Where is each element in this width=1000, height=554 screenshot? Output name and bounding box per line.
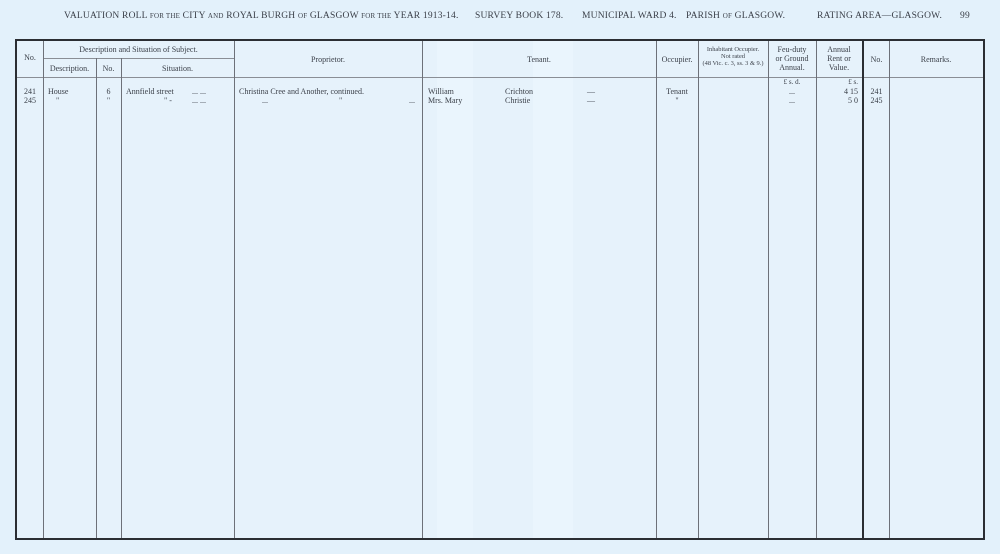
row-proprietor-ditto: " xyxy=(339,96,342,105)
header-description-group: Description and Situation of Subject. xyxy=(43,45,234,54)
row-proprietor-dots-left: ... xyxy=(262,96,268,105)
row-proprietor: Christina Cree and Another, continued. xyxy=(239,87,364,96)
header-no: No. xyxy=(17,53,43,62)
col-divider-feu xyxy=(816,41,817,538)
row-situation: Annfield street xyxy=(126,87,174,96)
row-situation: " - xyxy=(164,96,172,105)
row-number: 6 xyxy=(96,87,121,96)
row-tenant-last: Crichton xyxy=(505,87,533,96)
page-header: VALUATION ROLL FOR THE CITY AND ROYAL BU… xyxy=(0,9,1000,25)
row-no: 245 xyxy=(17,96,43,105)
col-divider-tenant xyxy=(656,41,657,538)
row-number: " xyxy=(96,96,121,105)
feu-units: £ s. d. xyxy=(768,78,816,87)
header-group-divider xyxy=(44,58,235,59)
header-annual-rent: Annual Rent or Value. xyxy=(816,45,862,72)
municipal-ward: MUNICIPAL WARD 4. xyxy=(582,11,677,21)
header-number: No. xyxy=(96,64,121,73)
header-remarks: Remarks. xyxy=(889,55,983,64)
parish: PARISH OF GLASGOW. xyxy=(686,11,785,21)
col-divider-no-right xyxy=(889,41,890,538)
annual-units: £ s. xyxy=(816,78,858,87)
row-annual: 4 15 xyxy=(816,87,858,96)
col-divider-annual xyxy=(862,41,864,538)
col-divider-proprietor xyxy=(422,41,423,538)
row-feu: ... xyxy=(768,96,816,105)
row-occupier: Tenant xyxy=(656,87,698,96)
col-divider-no xyxy=(43,41,44,538)
row-situation-dots: ... ... xyxy=(192,96,206,105)
row-tenant-first: William xyxy=(428,87,454,96)
paper-stripe xyxy=(437,41,473,538)
survey-book: SURVEY BOOK 178. xyxy=(475,11,563,21)
row-tenant-dash: — xyxy=(587,96,595,105)
row-description: House xyxy=(48,87,68,96)
header-feu-duty: Feu-duty or Ground Annual. xyxy=(768,45,816,72)
col-divider-situation xyxy=(234,41,235,538)
header-proprietor: Proprietor. xyxy=(234,55,422,64)
row-tenant-first: Mrs. Mary xyxy=(428,96,462,105)
page-number: 99 xyxy=(960,11,970,21)
header-occupier: Occupier. xyxy=(656,55,698,64)
col-divider-inhabitant xyxy=(768,41,769,538)
roll-title: VALUATION ROLL FOR THE CITY AND ROYAL BU… xyxy=(64,11,459,21)
header-inhabitant-occupier: Inhabitant Occupier. Not rated (48 Vic. … xyxy=(698,46,768,67)
header-tenant: Tenant. xyxy=(422,55,656,64)
row-tenant-last: Christie xyxy=(505,96,530,105)
row-description: " xyxy=(56,96,59,105)
row-situation-dots: ... ... xyxy=(192,87,206,96)
rating-area: RATING AREA—GLASGOW. xyxy=(817,11,942,21)
row-no-right: 245 xyxy=(864,96,889,105)
row-occupier: " xyxy=(656,96,698,105)
row-no: 241 xyxy=(17,87,43,96)
row-no-right: 241 xyxy=(864,87,889,96)
header-description: Description. xyxy=(43,64,96,73)
col-divider-description xyxy=(96,58,97,538)
header-no-right: No. xyxy=(864,55,889,64)
valuation-ledger-table: No. Description and Situation of Subject… xyxy=(15,39,985,540)
paper-stripe xyxy=(533,41,573,538)
row-proprietor-dots-right: ... xyxy=(409,96,415,105)
col-divider-occupier xyxy=(698,41,699,538)
row-feu: ... xyxy=(768,87,816,96)
row-annual: 5 0 xyxy=(816,96,858,105)
header-situation: Situation. xyxy=(121,64,234,73)
col-divider-number xyxy=(121,58,122,538)
row-tenant-dash: — xyxy=(587,87,595,96)
